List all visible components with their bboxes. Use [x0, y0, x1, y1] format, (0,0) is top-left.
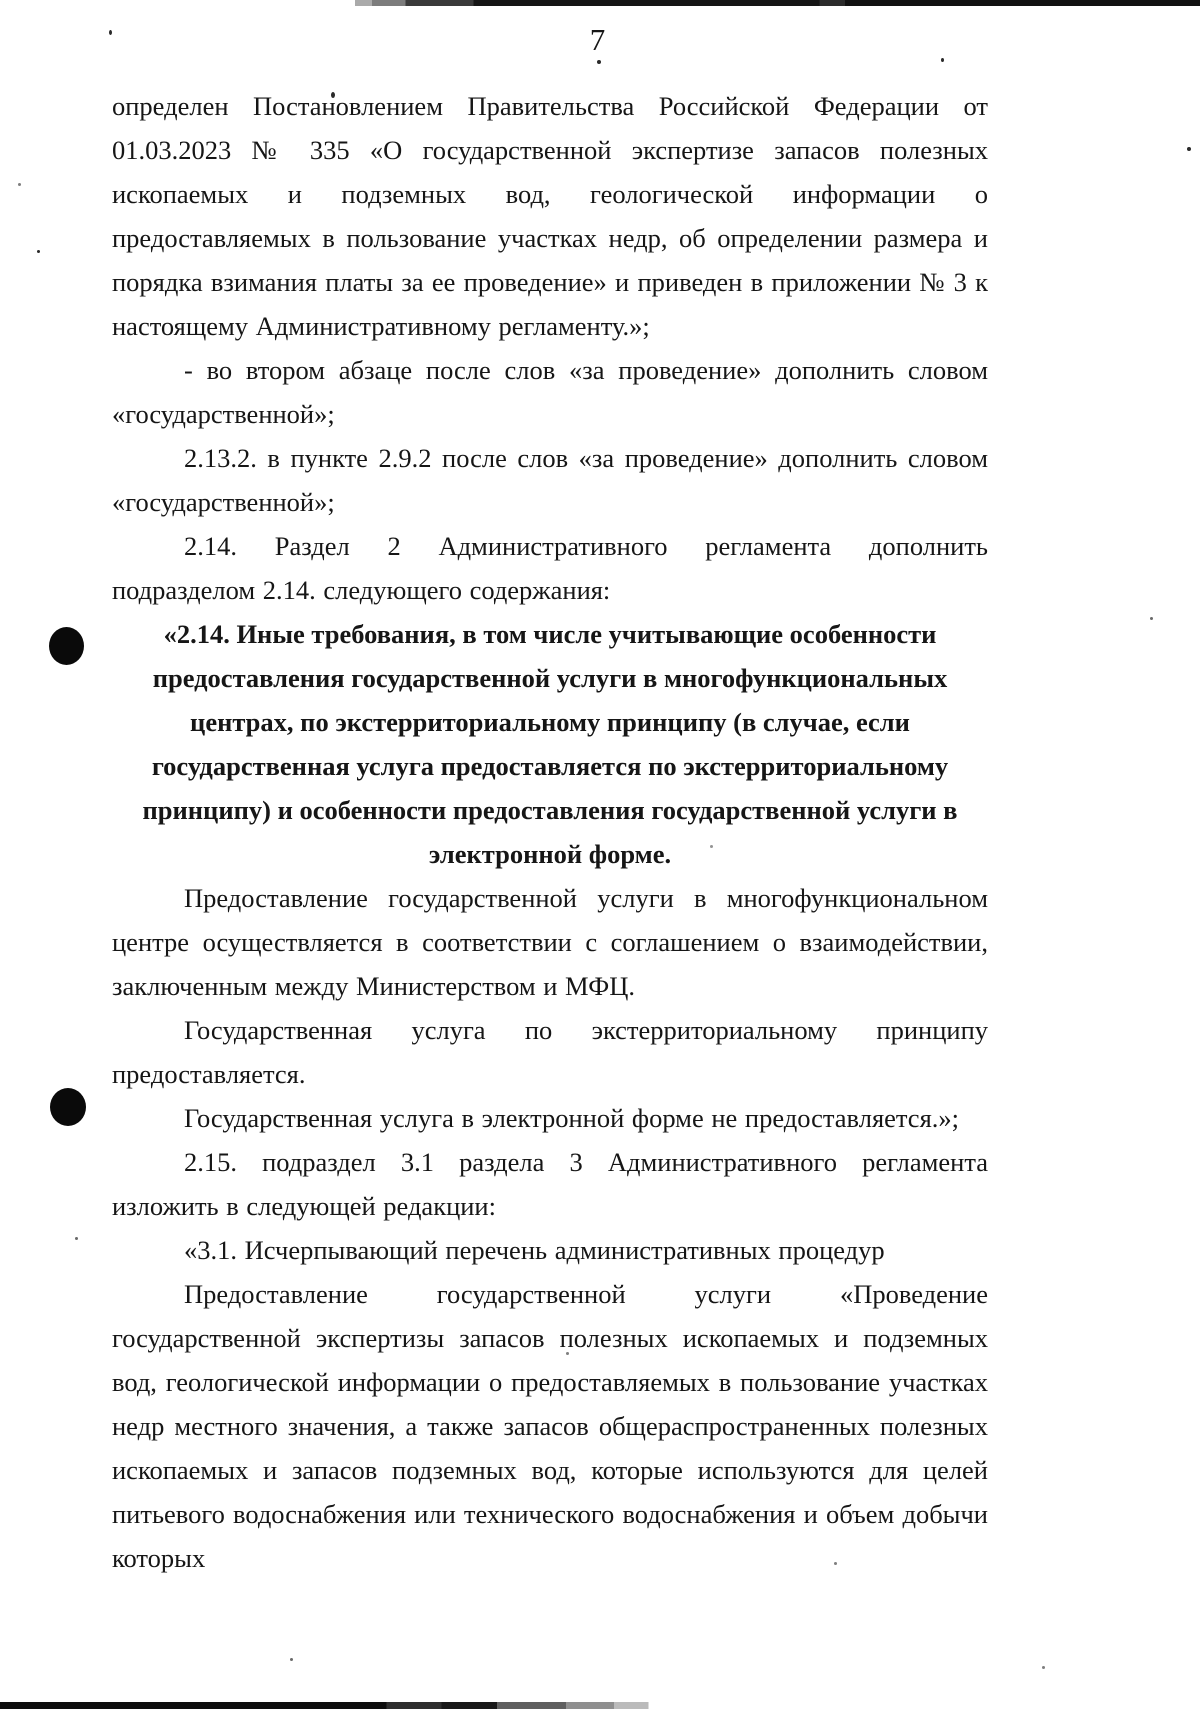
hole-punch-mark — [49, 627, 84, 665]
document-paragraph: 2.14. Раздел 2 Административного регламе… — [112, 524, 988, 612]
scan-speck — [941, 58, 944, 62]
document-paragraph: Предоставление государственной услуги в … — [112, 876, 988, 1008]
scan-edge-artifact-bottom — [0, 1702, 690, 1709]
page-number: 7 — [160, 22, 1036, 58]
scan-speck — [1187, 147, 1191, 151]
document-paragraph: 2.13.2. в пункте 2.9.2 после слов «за пр… — [112, 436, 988, 524]
document-text-block: определен Постановлением Правительства Р… — [112, 84, 988, 1580]
document-paragraph: 2.15. подраздел 3.1 раздела 3 Администра… — [112, 1140, 988, 1228]
document-paragraph: определен Постановлением Правительства Р… — [112, 84, 988, 348]
scan-speck — [1042, 1666, 1045, 1669]
document-paragraph: - во втором абзаце после слов «за провед… — [112, 348, 988, 436]
document-paragraph: Государственная услуга по экстерриториал… — [112, 1008, 988, 1096]
scan-speck — [75, 1237, 78, 1240]
scan-speck — [1150, 617, 1153, 620]
document-paragraph: Государственная услуга в электронной фор… — [112, 1096, 988, 1140]
scan-speck — [18, 183, 21, 186]
hole-punch-mark — [50, 1088, 86, 1126]
scan-speck — [597, 60, 601, 64]
section-heading: «2.14. Иные требования, в том числе учит… — [112, 612, 988, 876]
scan-speck — [109, 30, 112, 35]
scanned-document-page: 7 определен Постановлением Правительства… — [0, 0, 1200, 1709]
scan-speck — [290, 1658, 293, 1661]
subsection-heading: «3.1. Исчерпывающий перечень администрат… — [112, 1228, 988, 1272]
scan-speck — [37, 250, 40, 253]
document-paragraph: Предоставление государственной услуги «П… — [112, 1272, 988, 1580]
scan-edge-artifact-top — [355, 0, 1200, 6]
